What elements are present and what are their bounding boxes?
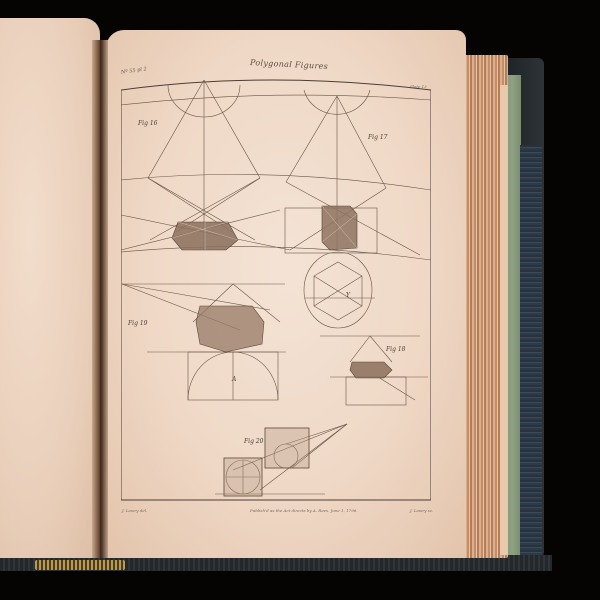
gilt-spine-tooling (35, 560, 125, 570)
leather-board-edge (520, 145, 542, 555)
fig-20-label: Fig 20 (244, 438, 263, 445)
fig-16-label: Fig 16 (138, 120, 157, 127)
footer-publication-line: Publish'd as the Act directs by A. Rees.… (250, 508, 358, 513)
fig-19-label: Fig 19 (128, 320, 147, 327)
letter-a: A (232, 376, 236, 383)
footer-left-credit: J. Lowry del. (122, 508, 147, 513)
book-photo: Nº 55 pl 2 Polygonal Figures Plate 13 (0, 0, 600, 600)
letter-y: Y (346, 292, 350, 299)
fig-17-label: Fig 17 (368, 134, 387, 141)
fig-18-label: Fig 18 (386, 346, 405, 353)
left-blank-page (0, 18, 100, 558)
book-gutter (92, 40, 108, 558)
footer-right-credit: J. Lowry sc. (410, 508, 433, 513)
